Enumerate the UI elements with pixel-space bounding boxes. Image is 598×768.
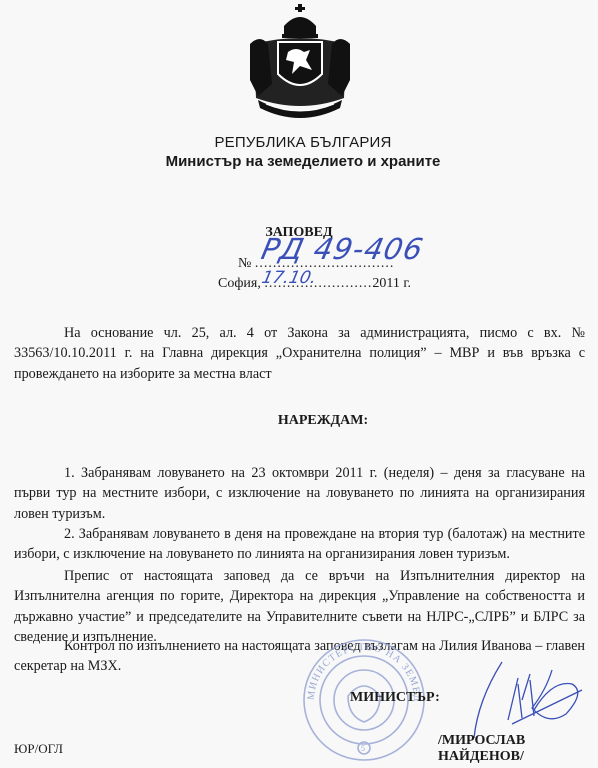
signature-icon (472, 660, 592, 740)
handwritten-date: 17.10. (260, 268, 318, 288)
order-item-2: 2. Забранявам ловуването в деня на прове… (14, 524, 585, 565)
date-prefix: София, (218, 276, 261, 291)
svg-text:5: 5 (361, 744, 365, 753)
ministry-name: Министър на земеделието и храните (0, 153, 598, 170)
signatory-title: МИНИСТЪР: (350, 690, 440, 706)
order-item-1: 1. Забранявам ловуването на 23 октомври … (14, 463, 585, 524)
country-name: РЕПУБЛИКА БЪЛГАРИЯ (0, 134, 598, 151)
preamble-paragraph: На основание чл. 25, ал. 4 от Закона за … (14, 323, 585, 384)
coat-of-arms-icon (244, 4, 356, 120)
copy-paragraph: Препис от настоящата заповед да се връчи… (14, 566, 585, 647)
reference-code: ЮР/ОГЛ (14, 741, 63, 757)
handwritten-order-number: РД 49-406 (258, 232, 426, 266)
signatory-name: /МИРОСЛАВ НАЙДЕНОВ/ (438, 733, 598, 765)
date-suffix: 2011 г. (372, 276, 411, 291)
number-prefix: № (238, 256, 251, 271)
decree-heading: НАРЕЖДАМ: (0, 413, 598, 429)
